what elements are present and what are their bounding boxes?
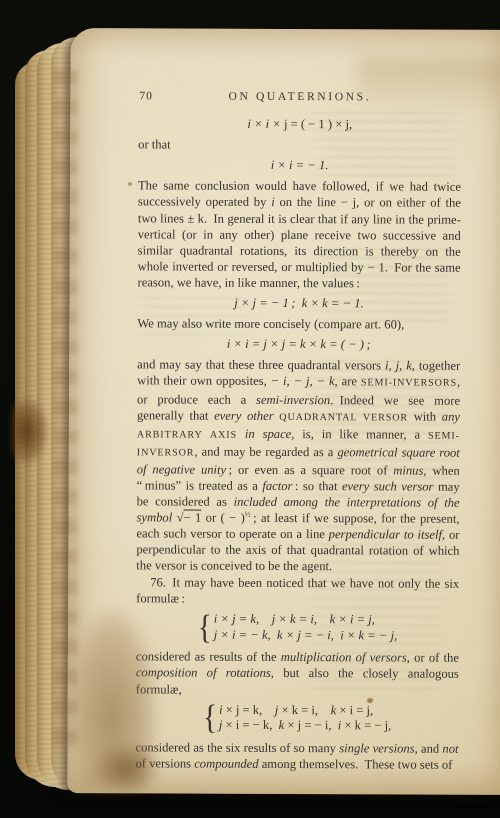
running-title: ON QUATERNIONS. — [228, 90, 371, 104]
or-that-line: or that — [138, 137, 461, 155]
paragraph-single-versions: considered as the six results of so many… — [135, 740, 458, 774]
page-text: 70 ON QUATERNIONS. i × i × j = ( − 1 ) ×… — [135, 88, 461, 773]
left-brace-glyph: { — [203, 700, 217, 735]
left-brace-glyph: { — [198, 609, 212, 644]
paragraph-multiplication: considered as results of the multiplicat… — [136, 649, 459, 699]
formula-versors-line1: i × j = k, j × k = i, k × i = j, — [214, 611, 398, 628]
paragraph-same-conclusion: The same conclusion would have followed,… — [138, 178, 461, 292]
page-number: 70 — [139, 88, 153, 104]
formula-i-i: i × i = − 1. — [138, 157, 461, 175]
page-header: 70 ON QUATERNIONS. — [138, 88, 461, 106]
paragraph-write-concisely: We may also write more concisely (compar… — [137, 315, 460, 333]
paragraph-semi-inversors: and may say that these three quadrantal … — [136, 357, 460, 576]
formula-versions-line2: j × i = − k, k × j = − i, i × k = − j, — [219, 718, 391, 735]
formula-ii-jj-kk: i × i = j × j = k × k = ( − ) ; — [137, 336, 460, 354]
book-photo: 70 ON QUATERNIONS. i × i × j = ( − 1 ) ×… — [0, 0, 500, 818]
formula-versors-line2: j × i = − k, k × j = − i, i × k = − j, — [214, 627, 398, 644]
book-page: 70 ON QUATERNIONS. i × i × j = ( − 1 ) ×… — [67, 28, 500, 795]
formula-group-versions: { i × j = k, j × k = i, k × i = j, j × i… — [136, 702, 459, 735]
formula-group-versors: { i × j = k, j × k = i, k × i = j, j × i… — [136, 611, 459, 644]
formula-versions-line1: i × j = k, j × k = i, k × i = j, — [219, 702, 391, 719]
formula-i-i-j: i × i × j = ( − 1 ) × j, — [138, 115, 461, 133]
paragraph-article-76: 76. It may have been noticed that we hav… — [136, 574, 459, 608]
formula-jj-kk: j × j = − 1 ; k × k = − 1. — [137, 294, 460, 312]
